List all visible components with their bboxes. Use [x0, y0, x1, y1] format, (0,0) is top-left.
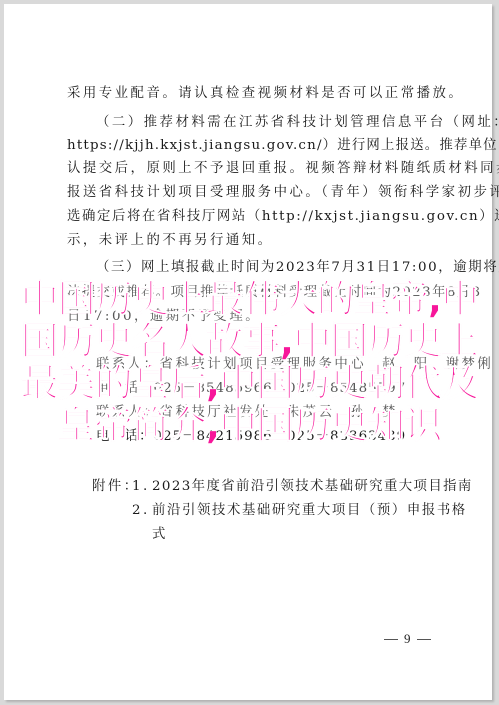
body-line: （二）推荐材料需在江苏省科技计划管理信息平台（网址：	[96, 115, 499, 131]
page-number: 9	[384, 631, 431, 647]
attachment-2-num: 2.	[132, 503, 150, 519]
body-line: 示，未评上的不再另行通知。	[67, 233, 274, 249]
page-number-value: 9	[404, 631, 411, 647]
body-line: 报送省科技计划项目受理服务中心。（青年）领衔科学家初步评	[67, 185, 499, 201]
overlay-line: 皇帝简介,中国历史知识	[0, 404, 499, 446]
watermark-overlay: 中国历史上最伟大的皇帝,中 国历史名人故事,中国历史上 最美的皇后,中国历史朝代…	[0, 278, 499, 446]
body-line: （三）网上填报截止时间为2023年7月31日17:00，逾期将无	[96, 260, 499, 276]
dash-right	[417, 639, 431, 640]
overlay-line: 国历史名人故事,中国历史上	[0, 320, 499, 362]
attachment-1-num: 1.	[132, 479, 150, 495]
body-line-url: https://kjjh.kxjst.jiangsu.gov.cn/）进行网上报…	[67, 138, 499, 154]
overlay-line: 最美的皇后,中国历史朝代及	[0, 362, 499, 404]
attachment-1-text: 2023年度省前沿引领技术基础研究重大项目指南	[152, 479, 473, 495]
overlay-line: 中国历史上最伟大的皇帝,中	[0, 278, 499, 320]
dash-left	[384, 639, 398, 640]
body-line: 采用专业配音。请认真检查视频材料是否可以正常播放。	[67, 86, 464, 102]
attachment-2-text: 前沿引领技术基础研究重大项目（预）申报书格	[152, 503, 467, 519]
body-line-url: 选确定后将在省科技厅网站（http://kxjst.jiangsu.gov.cn…	[67, 209, 499, 225]
body-line: 认提交后，原则上不予退回重报。视频答辩材料随纸质材料同步	[67, 161, 499, 177]
attachment-2-text-cont: 式	[152, 527, 168, 543]
